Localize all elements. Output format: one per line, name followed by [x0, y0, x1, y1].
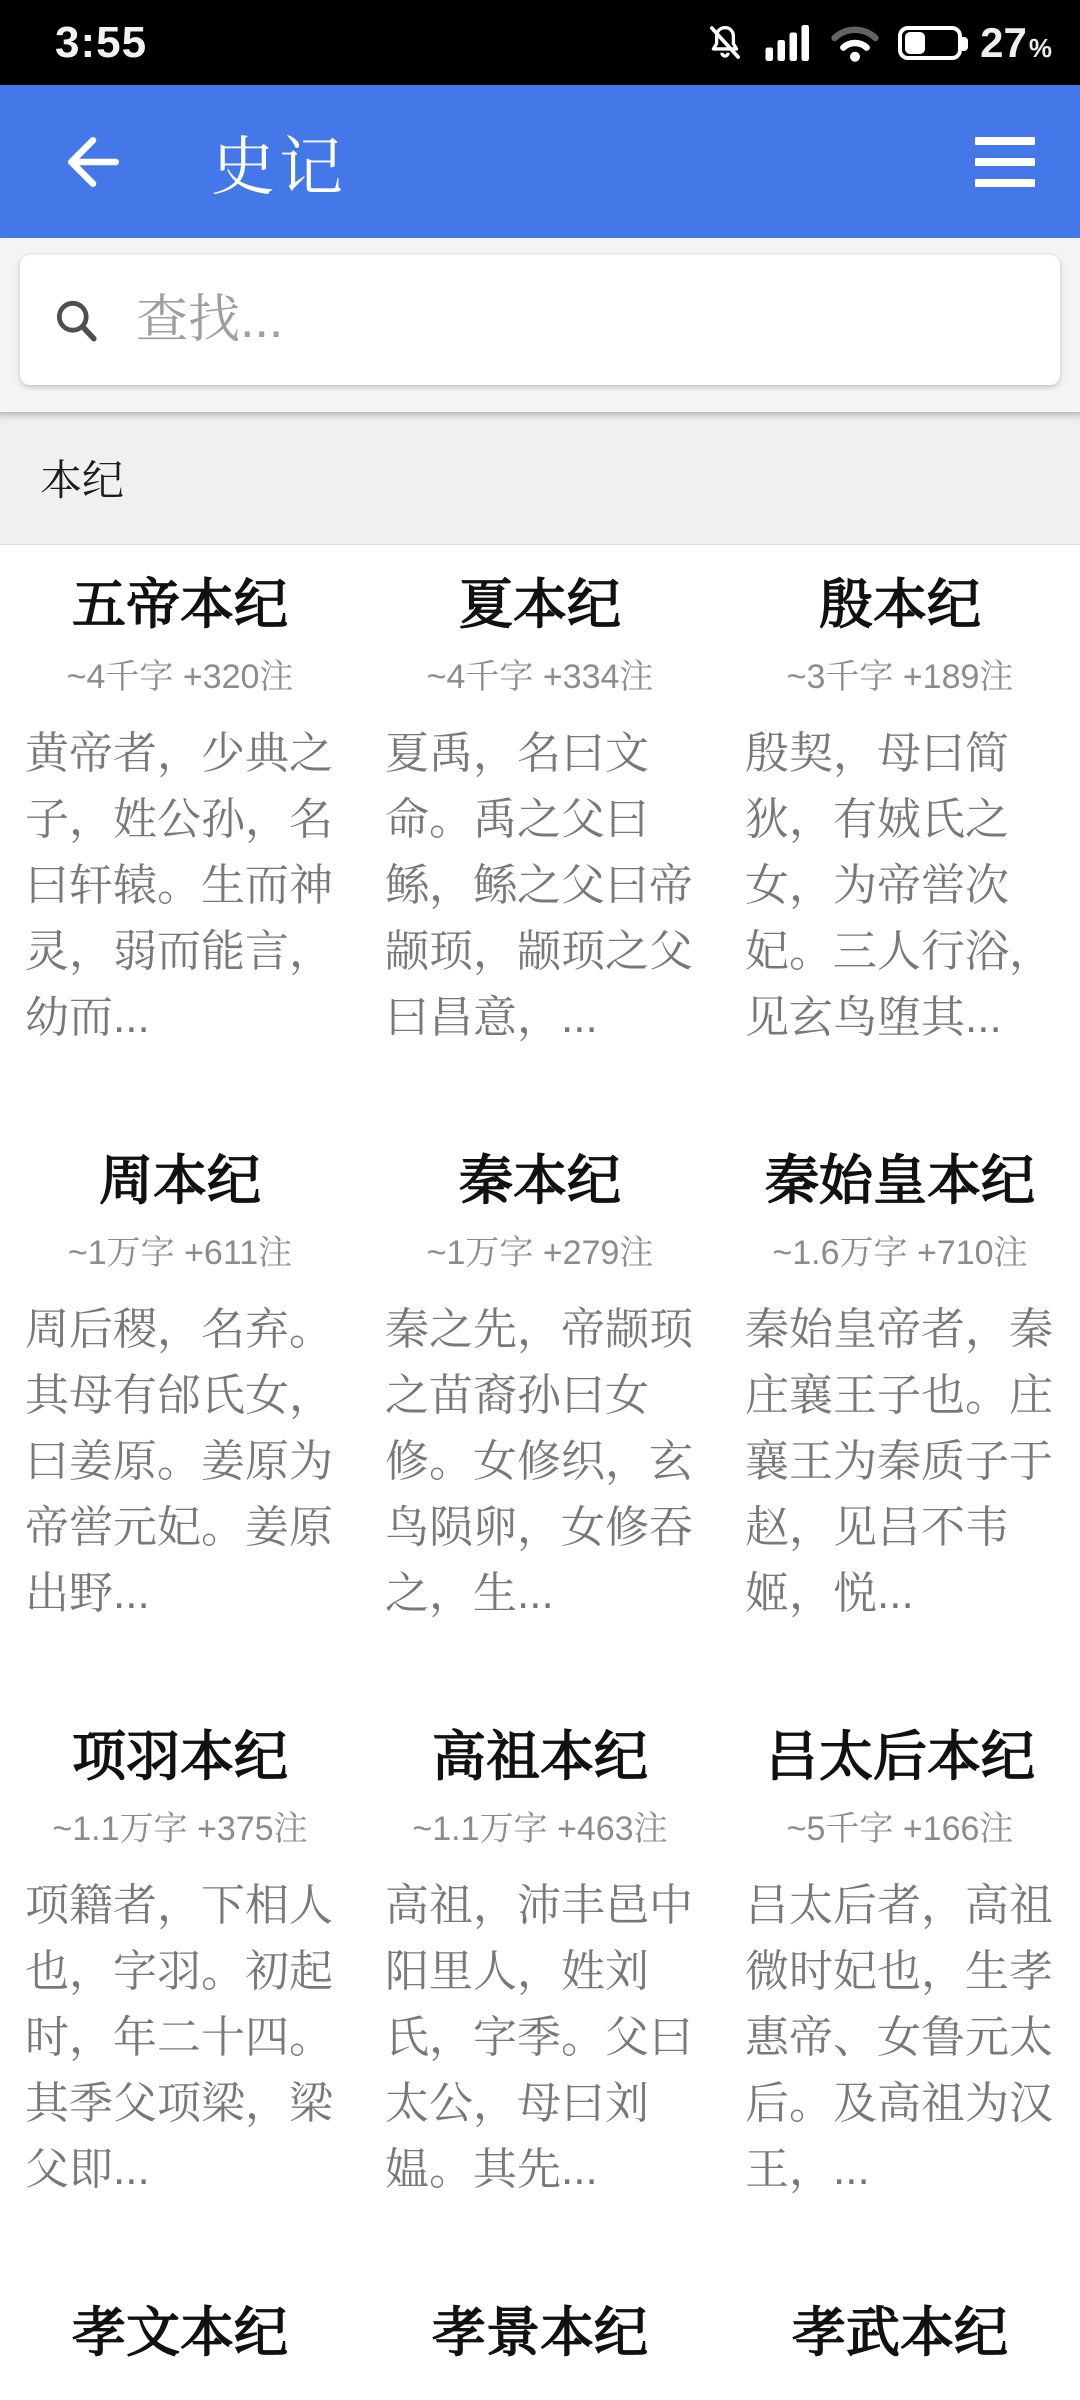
- chapter-card[interactable]: 殷本纪 ~3千字 +189注 殷契，母曰简狄，有娀氏之女，为帝喾次妃。三人行浴，…: [720, 575, 1080, 1051]
- chapter-title: 五帝本纪: [0, 575, 360, 635]
- chapter-title: 项羽本纪: [0, 1727, 360, 1787]
- chapter-stats: ~4千字 +334注: [360, 659, 720, 695]
- search-section: [0, 238, 1080, 412]
- chapter-title: 高祖本纪: [360, 1727, 720, 1787]
- clock: 3:55: [55, 18, 147, 68]
- search-icon: [50, 294, 102, 346]
- app-screen: { "colors": { "app_bar": "#4478E8", "sta…: [0, 0, 1080, 2400]
- chapter-card[interactable]: 高祖本纪 ~1.1万字 +463注 高祖，沛丰邑中阳里人，姓刘氏，字季。父曰太公…: [360, 1727, 720, 2203]
- chapter-stats: ~5千字 +166注: [720, 1811, 1080, 1847]
- status-bar: 3:55 27 %: [0, 0, 1080, 85]
- chapter-title: 孝文本纪: [0, 2303, 360, 2363]
- chapter-preview: 黄帝者，少典之子，姓公孙，名曰轩辕。生而神灵，弱而能言，幼而...: [0, 721, 360, 1051]
- chapter-card[interactable]: 周本纪 ~1万字 +611注 周后稷，名弃。其母有邰氏女，曰姜原。姜原为帝喾元妃…: [0, 1151, 360, 1627]
- notifications-muted-icon: [704, 22, 746, 64]
- back-arrow-icon[interactable]: [60, 129, 126, 195]
- battery-level: [905, 32, 925, 54]
- chapter-title: 吕太后本纪: [720, 1727, 1080, 1787]
- battery-percent: 27 %: [980, 19, 1052, 67]
- page-title: 史记: [211, 116, 347, 208]
- chapter-title: 周本纪: [0, 1151, 360, 1211]
- chapter-preview: 项籍者，下相人也，字羽。初起时，年二十四。其季父项梁，梁父即...: [0, 1873, 360, 2203]
- chapter-title: 秦本纪: [360, 1151, 720, 1211]
- chapter-card[interactable]: 吕太后本纪 ~5千字 +166注 吕太后者，高祖微时妃也，生孝惠帝、女鲁元太后。…: [720, 1727, 1080, 2203]
- chapter-preview: 吕太后者，高祖微时妃也，生孝惠帝、女鲁元太后。及高祖为汉王，...: [720, 1873, 1080, 2203]
- battery-icon: [898, 26, 962, 60]
- signal-strength-icon: [764, 22, 812, 64]
- chapter-title: 夏本纪: [360, 575, 720, 635]
- hamburger-menu-icon[interactable]: [975, 137, 1035, 187]
- chapter-title: 殷本纪: [720, 575, 1080, 635]
- chapter-preview: 秦始皇帝者，秦庄襄王子也。庄襄王为秦质子于赵，见吕不韦姬，悦...: [720, 1297, 1080, 1627]
- chapter-stats: ~1.6万字 +710注: [720, 1235, 1080, 1271]
- chapter-preview: 殷契，母曰简狄，有娀氏之女，为帝喾次妃。三人行浴，见玄鸟堕其...: [720, 721, 1080, 1051]
- chapter-title: 秦始皇本纪: [720, 1151, 1080, 1211]
- search-bar[interactable]: [20, 255, 1060, 385]
- chapter-title: 孝景本纪: [360, 2303, 720, 2363]
- chapter-title: 孝武本纪: [720, 2303, 1080, 2363]
- chapter-stats: ~1.1万字 +375注: [0, 1811, 360, 1847]
- section-header-label: 本纪: [40, 448, 124, 508]
- chapter-card[interactable]: 孝武本纪: [720, 2303, 1080, 2363]
- chapter-preview: 夏禹，名曰文命。禹之父曰鲧，鲧之父曰帝颛顼，颛顼之父曰昌意，...: [360, 721, 720, 1051]
- chapter-stats: ~1万字 +279注: [360, 1235, 720, 1271]
- chapter-card[interactable]: 夏本纪 ~4千字 +334注 夏禹，名曰文命。禹之父曰鲧，鲧之父曰帝颛顼，颛顼之…: [360, 575, 720, 1051]
- chapter-stats: ~4千字 +320注: [0, 659, 360, 695]
- chapter-grid: 五帝本纪 ~4千字 +320注 黄帝者，少典之子，姓公孙，名曰轩辕。生而神灵，弱…: [0, 545, 1080, 2363]
- chapter-card[interactable]: 秦本纪 ~1万字 +279注 秦之先，帝颛顼之苗裔孙曰女修。女修织，玄鸟陨卵，女…: [360, 1151, 720, 1627]
- chapter-stats: ~1万字 +611注: [0, 1235, 360, 1271]
- chapter-preview: 高祖，沛丰邑中阳里人，姓刘氏，字季。父曰太公，母曰刘媪。其先...: [360, 1873, 720, 2203]
- chapter-preview: 秦之先，帝颛顼之苗裔孙曰女修。女修织，玄鸟陨卵，女修吞之，生...: [360, 1297, 720, 1627]
- app-bar: 史记: [0, 85, 1080, 238]
- chapter-card[interactable]: 五帝本纪 ~4千字 +320注 黄帝者，少典之子，姓公孙，名曰轩辕。生而神灵，弱…: [0, 575, 360, 1051]
- search-input[interactable]: [134, 289, 1030, 351]
- section-header: 本纪: [0, 412, 1080, 545]
- chapter-card[interactable]: 秦始皇本纪 ~1.6万字 +710注 秦始皇帝者，秦庄襄王子也。庄襄王为秦质子于…: [720, 1151, 1080, 1627]
- chapter-preview: 周后稷，名弃。其母有邰氏女，曰姜原。姜原为帝喾元妃。姜原出野...: [0, 1297, 360, 1627]
- chapter-card[interactable]: 项羽本纪 ~1.1万字 +375注 项籍者，下相人也，字羽。初起时，年二十四。其…: [0, 1727, 360, 2203]
- chapter-stats: ~3千字 +189注: [720, 659, 1080, 695]
- chapter-card[interactable]: 孝景本纪: [360, 2303, 720, 2363]
- wifi-icon: [830, 22, 880, 64]
- chapter-stats: ~1.1万字 +463注: [360, 1811, 720, 1847]
- chapter-card[interactable]: 孝文本纪: [0, 2303, 360, 2363]
